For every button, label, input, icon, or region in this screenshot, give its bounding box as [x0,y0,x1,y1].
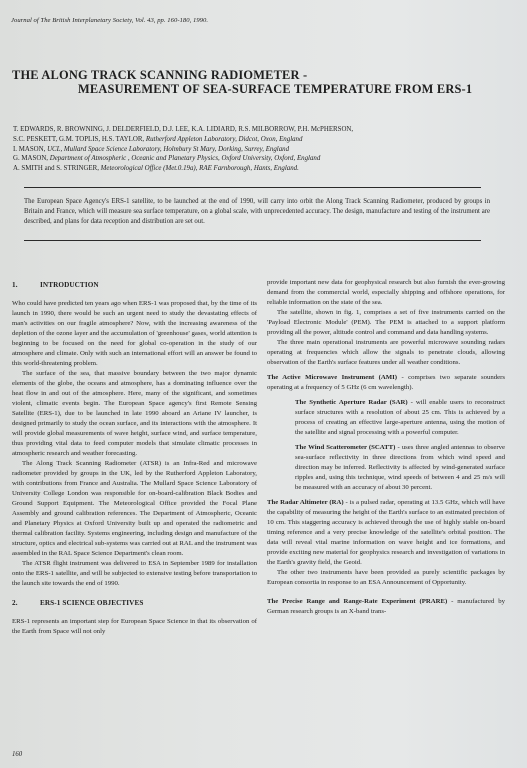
paragraph: The ATSR flight instrument was delivered… [12,559,257,589]
paragraph: The three main operational instruments a… [267,338,505,368]
paragraph: ERS-1 represents an important step for E… [12,617,257,637]
abstract: The European Space Agency's ERS-1 satell… [24,197,490,227]
instrument-prare: The Precise Range and Range-Rate Experim… [267,597,505,617]
author-line: I. MASON, UCL, Mullard Space Science Lab… [13,145,513,155]
page-number: 160 [12,751,22,758]
instrument-ra: The Radar Altimeter (RA) - is a pulsed r… [267,498,505,568]
affiliation: Meteorological Office (Met.0.19a), RAE F… [101,165,299,172]
instrument-sar: The Synthetic Aperture Radar (SAR) - wil… [267,398,505,438]
paragraph: The surface of the sea, that massive bou… [12,369,257,459]
paragraph: The other two instruments have been prov… [267,568,505,588]
section-heading-introduction: 1. INTRODUCTION [12,280,257,290]
affiliation: Department of Atmospheric , Oceanic and … [50,155,321,162]
instrument-ami: The Active Microwave Instrument (AMI) - … [267,373,505,393]
left-column: 1. INTRODUCTION Who could have predicted… [12,280,257,637]
title-line-1: THE ALONG TRACK SCANNING RADIOMETER - [12,68,517,82]
paragraph: provide important new data for geophysic… [267,278,505,308]
paragraph: Who could have predicted ten years ago w… [12,299,257,369]
journal-header: Journal of The British Interplanetary So… [11,17,208,24]
paper-title: THE ALONG TRACK SCANNING RADIOMETER - ME… [12,68,517,96]
author-line: G. MASON, Department of Atmospheric , Oc… [13,154,513,164]
author-list: T. EDWARDS, R. BROWNING, J. DELDERFIELD,… [13,125,513,174]
abstract-top-rule [24,187,481,188]
author-line: T. EDWARDS, R. BROWNING, J. DELDERFIELD,… [13,125,513,135]
affiliation: Rutherford Appleton Laboratory, Didcot, … [146,136,303,143]
affiliation: UCL, Mullard Space Science Laboratory, H… [47,146,289,153]
abstract-bottom-rule [24,240,481,241]
section-heading-science-objectives: 2. ERS-1 SCIENCE OBJECTIVES [12,598,257,608]
right-column: provide important new data for geophysic… [267,278,505,617]
title-line-2: MEASUREMENT OF SEA-SURFACE TEMPERATURE F… [12,82,517,96]
instrument-scatt: The Wind Scatterometer (SCATT) - uses th… [267,443,505,493]
author-line: S.C. PESKETT, G.M. TOPLIS, H.S. TAYLOR, … [13,135,513,145]
paragraph: The satellite, shown in fig. 1, comprise… [267,308,505,338]
journal-page: Journal of The British Interplanetary So… [0,0,527,768]
author-line: A. SMITH and S. STRINGER, Meteorological… [13,164,513,174]
paragraph: The Along Track Scanning Radiometer (ATS… [12,459,257,559]
